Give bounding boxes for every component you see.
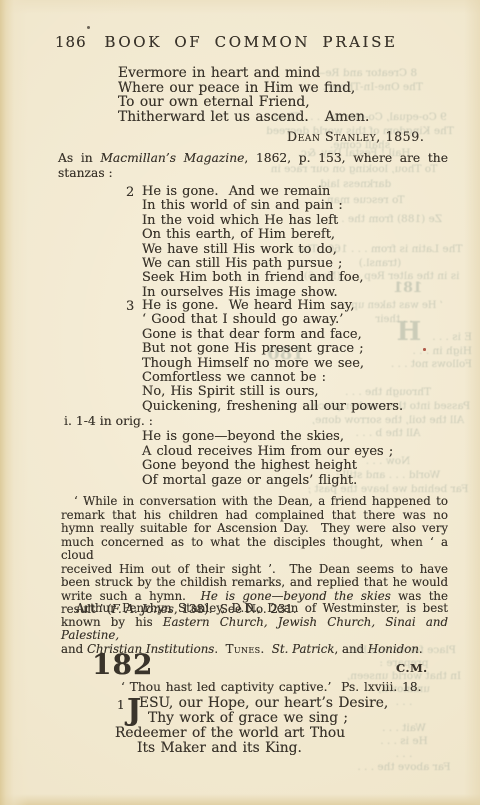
commentary-line: remark that his children had complained … [61,509,448,523]
paper-speck [87,26,90,29]
hymn-line: Its Maker and its King. [137,741,388,756]
stanza-3: 3 He is gone. We heard Him say, ‘ Good t… [126,299,403,414]
source-note-line: As in Macmillan’s Magazine, 1862, p. 153… [58,151,448,166]
stanza-number: 3 [126,300,134,314]
bleed-through-hymn-number: 181 [388,281,428,295]
verse-attribution: Dean Stanley, 1859. [287,129,425,144]
meter-label: C.M. [396,661,428,675]
commentary-paragraph: ‘ While in conversation with the Dean, a… [61,495,448,617]
ink-speck [423,348,426,351]
hymn-line: ESU, our Hope, our heart’s Desire, [139,696,388,711]
source-note-line: stanzas : [58,166,448,181]
dropcap-initial: J [127,697,141,724]
commentary-line: ‘ While in conversation with the Dean, a… [61,495,448,509]
commentary-line: been struck by the childish remarks, and… [61,576,448,590]
original-version-label: i. 1-4 in orig. : [64,413,153,428]
tune-name-italic: St. Patrick [272,642,335,656]
source-note: As in Macmillan’s Magazine, 1862, p. 153… [58,151,448,182]
opening-verse: Evermore in heart and mind Where our pea… [118,66,369,124]
stanza-text: He is gone. And we remain In this world … [142,185,364,300]
stanza-2: 2 He is gone. And we remain In this worl… [126,185,364,300]
scripture-quote: ‘ Thou hast led captivity captive.’ Ps. … [121,680,421,694]
biography-line: known by his Eastern Church, Jewish Chur… [61,616,448,643]
source-title: Macmillan’s Magazine [100,151,244,165]
hymn-number-heading: 182 [92,651,153,679]
page-header: 186 BOOK OF COMMON PRAISE [0,34,480,54]
original-quatrain: He is gone—beyond the skies, A cloud rec… [142,430,393,488]
commentary-line: received Him out of their sight ’. The D… [61,563,448,577]
verse-number: 1 [117,698,125,713]
hymn-first-stanza: 1 J ESU, our Hope, our heart’s Desire, T… [115,696,388,756]
book-page: 8 Creator and Re— The One-In-Three . . .… [0,0,480,805]
stanza-text: He is gone. We heard Him say, ‘ Good tha… [142,299,403,414]
stanza-number: 2 [126,186,134,200]
biography-line: Arthur Penrhyn Stanley, D.D., Dean of We… [61,602,448,616]
commentary-line: hymn really suitable for Ascension Day. … [61,522,448,536]
hymn-line: Thy work of grace we sing ; [148,711,388,726]
page-number: 186 [55,34,87,51]
tune-name-italic: Honidon [368,642,419,656]
hymn-line: Redeemer of the world art Thou [115,726,388,741]
commentary-line: much concerned as to what the disciples … [61,536,448,563]
tunes-label: Tunes [226,642,261,656]
